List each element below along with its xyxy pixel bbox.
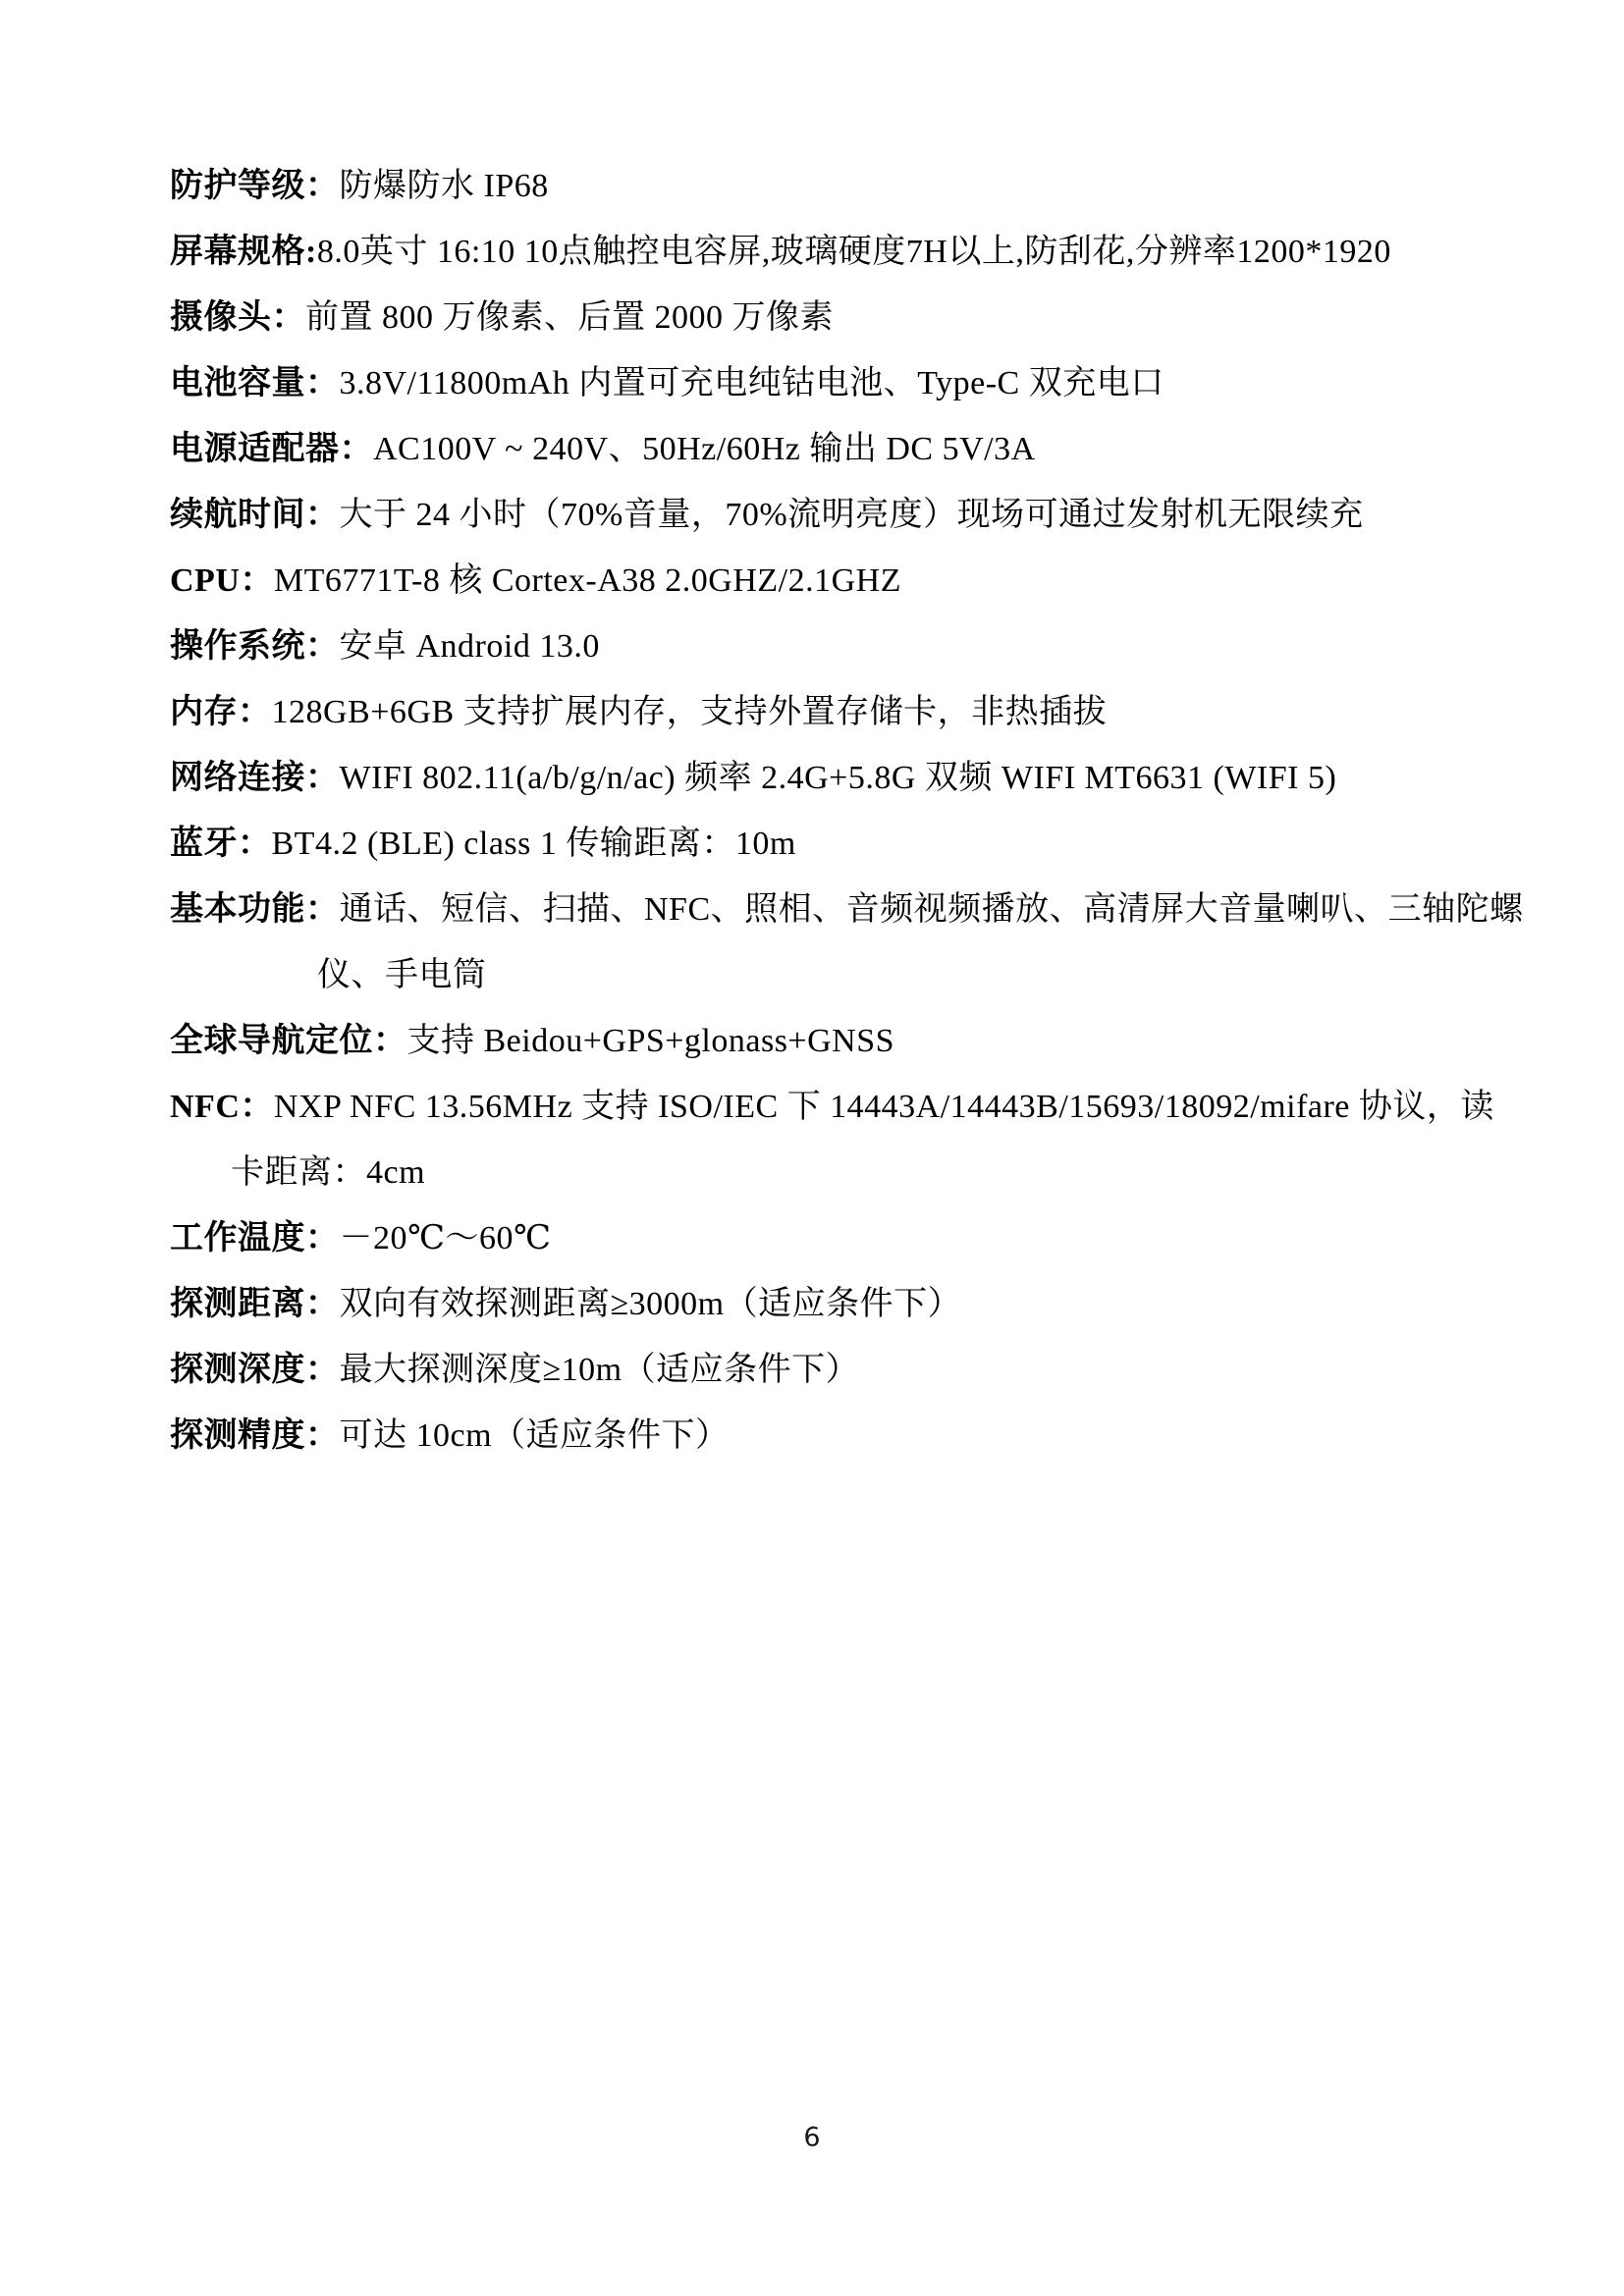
spec-list: 防护等级：防爆防水 IP68 屏幕规格:8.0英寸 16:10 10点触控电容屏… [170, 153, 1585, 1468]
spec-line-power-adapter: 电源适配器：AC100V ~ 240V、50Hz/60Hz 输出 DC 5V/3… [170, 416, 1585, 482]
spec-value: 128GB+6GB 支持扩展内存，支持外置存储卡，非热插拔 [272, 694, 1108, 730]
spec-label: 内存： [170, 694, 272, 730]
spec-line-detection-distance: 探测距离：双向有效探测距离≥3000m（适应条件下） [170, 1271, 1585, 1337]
spec-value: 前置 800 万像素、后置 2000 万像素 [305, 299, 834, 336]
spec-line-basic-functions-wrap: 仪、手电筒 [170, 942, 1585, 1008]
spec-label: 续航时间： [170, 497, 340, 533]
spec-label: 探测精度： [170, 1417, 340, 1454]
page-number: 6 [0, 2122, 1624, 2153]
spec-label: 操作系统： [170, 628, 340, 665]
spec-value: 大于 24 小时（70%音量，70%流明亮度）现场可通过发射机无限续充 [340, 497, 1364, 533]
spec-label: 网络连接： [170, 760, 340, 796]
spec-label: NFC： [170, 1089, 274, 1125]
spec-line-detection-depth: 探测深度：最大探测深度≥10m（适应条件下） [170, 1337, 1585, 1403]
spec-value: 通话、短信、扫描、NFC、照相、音频视频播放、高清屏大音量喇叭、三轴陀螺 [340, 891, 1524, 928]
spec-label: 工作温度： [170, 1220, 340, 1256]
spec-value: 安卓 Android 13.0 [340, 628, 600, 665]
spec-line-protection-rating: 防护等级：防爆防水 IP68 [170, 153, 1585, 219]
spec-line-operating-temperature: 工作温度：－20℃～60℃ [170, 1205, 1585, 1271]
spec-value: 仪、手电筒 [317, 957, 487, 993]
spec-line-detection-accuracy: 探测精度：可达 10cm（适应条件下） [170, 1403, 1585, 1468]
spec-label: 电池容量： [170, 365, 340, 401]
spec-line-bluetooth: 蓝牙：BT4.2 (BLE) class 1 传输距离：10m [170, 811, 1585, 877]
spec-line-cpu: CPU：MT6771T-8 核 Cortex-A38 2.0GHZ/2.1GHZ [170, 548, 1585, 614]
spec-value: 最大探测深度≥10m（适应条件下） [340, 1352, 860, 1388]
document-page: 防护等级：防爆防水 IP68 屏幕规格:8.0英寸 16:10 10点触控电容屏… [0, 0, 1624, 2296]
spec-label: CPU： [170, 562, 274, 599]
spec-value: WIFI 802.11(a/b/g/n/ac) 频率 2.4G+5.8G 双频 … [340, 760, 1337, 796]
spec-value: 双向有效探测距离≥3000m（适应条件下） [340, 1286, 962, 1322]
spec-line-nfc: NFC：NXP NFC 13.56MHz 支持 ISO/IEC 下 14443A… [170, 1074, 1585, 1140]
spec-value: BT4.2 (BLE) class 1 传输距离：10m [272, 826, 796, 862]
spec-line-basic-functions: 基本功能：通话、短信、扫描、NFC、照相、音频视频播放、高清屏大音量喇叭、三轴陀… [170, 877, 1585, 942]
spec-line-battery: 电池容量：3.8V/11800mAh 内置可充电纯钴电池、Type-C 双充电口 [170, 350, 1585, 416]
spec-value: －20℃～60℃ [340, 1220, 552, 1256]
spec-value: 卡距离：4cm [231, 1154, 425, 1191]
spec-value: 8.0英寸 16:10 10点触控电容屏,玻璃硬度7H以上,防刮花,分辨率120… [317, 234, 1391, 270]
spec-label: 探测深度： [170, 1352, 340, 1388]
spec-label: 基本功能： [170, 891, 340, 928]
spec-value: 3.8V/11800mAh 内置可充电纯钴电池、Type-C 双充电口 [340, 365, 1164, 401]
spec-line-network: 网络连接：WIFI 802.11(a/b/g/n/ac) 频率 2.4G+5.8… [170, 745, 1585, 811]
spec-label: 全球导航定位： [170, 1023, 407, 1059]
spec-value: 支持 Beidou+GPS+glonass+GNSS [407, 1023, 895, 1059]
spec-line-os: 操作系统：安卓 Android 13.0 [170, 614, 1585, 679]
spec-line-nfc-wrap: 卡距离：4cm [170, 1140, 1585, 1205]
spec-label: 防护等级： [170, 168, 340, 204]
spec-value: 防爆防水 IP68 [340, 168, 549, 204]
spec-line-gnss: 全球导航定位：支持 Beidou+GPS+glonass+GNSS [170, 1008, 1585, 1074]
spec-value: MT6771T-8 核 Cortex-A38 2.0GHZ/2.1GHZ [274, 562, 901, 599]
spec-label: 蓝牙： [170, 826, 272, 862]
spec-line-camera: 摄像头：前置 800 万像素、后置 2000 万像素 [170, 285, 1585, 350]
spec-label: 屏幕规格: [170, 234, 317, 270]
spec-value: NXP NFC 13.56MHz 支持 ISO/IEC 下 14443A/144… [274, 1089, 1494, 1125]
spec-line-memory: 内存：128GB+6GB 支持扩展内存，支持外置存储卡，非热插拔 [170, 679, 1585, 745]
spec-label: 探测距离： [170, 1286, 340, 1322]
spec-label: 摄像头： [170, 299, 305, 336]
spec-value: AC100V ~ 240V、50Hz/60Hz 输出 DC 5V/3A [373, 431, 1036, 467]
spec-value: 可达 10cm（适应条件下） [340, 1417, 730, 1454]
spec-line-battery-life: 续航时间：大于 24 小时（70%音量，70%流明亮度）现场可通过发射机无限续充 [170, 482, 1585, 548]
spec-label: 电源适配器： [170, 431, 373, 467]
spec-line-screen-spec: 屏幕规格:8.0英寸 16:10 10点触控电容屏,玻璃硬度7H以上,防刮花,分… [170, 219, 1585, 285]
